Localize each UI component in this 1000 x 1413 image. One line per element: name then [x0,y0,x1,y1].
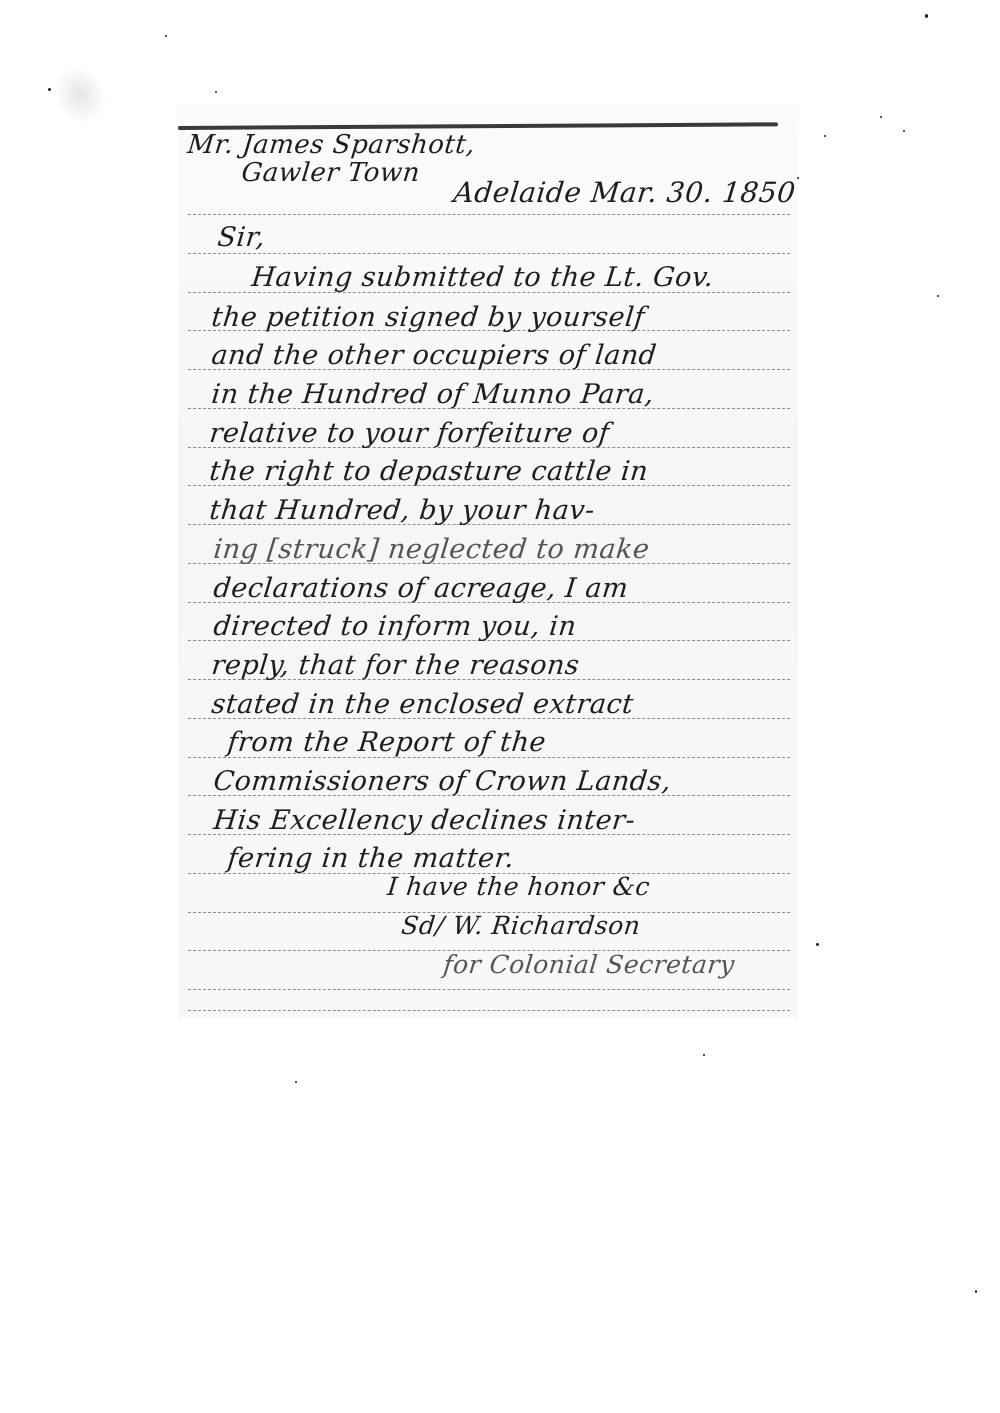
body-line: the petition signed by yourself [210,302,646,333]
scan-smudge [43,57,116,134]
signature-line: Sd/ W. Richardson [400,911,642,940]
body-line: from the Report of the [226,727,548,758]
scan-speck [48,88,51,91]
body-line: the right to depasture cattle in [208,456,650,487]
scan-speck [903,130,905,132]
scan-speck [925,14,928,18]
dateline: Adelaide Mar. 30. 1850 [452,176,797,209]
body-line: Having submitted to the Lt. Gov. [250,262,715,293]
scan-speck [880,116,882,118]
body-line: in the Hundred of Munno Para, [210,379,656,410]
body-line: ing [struck] neglected to make [212,534,651,565]
body-line: fering in the matter. [226,843,516,874]
body-line: declarations of acreage, I am [212,573,630,604]
signature-title: for Colonial Secretary [442,950,736,979]
closing-line: I have the honor &c [386,872,652,901]
body-line: stated in the enclosed extract [210,689,635,720]
body-line: directed to inform you, in [212,611,578,642]
scan-speck [937,295,939,297]
body-line: Commissioners of Crown Lands, [212,766,673,797]
scan-speck [975,1290,977,1293]
addressee-place: Gawler Town [240,158,422,188]
body-line: that Hundred, by your hav- [208,495,596,526]
scan-speck [824,135,826,137]
ruled-line [188,214,790,215]
scan-speck [816,943,819,946]
scan-speck [215,91,217,93]
ruled-line [188,1010,790,1011]
salutation: Sir, [216,222,267,253]
body-line: His Excellency declines inter- [212,805,637,836]
scan-speck [703,1054,705,1056]
ruled-line [188,989,790,990]
scan-speck [165,35,167,37]
body-line: reply, that for the reasons [210,650,581,681]
body-line: relative to your forfeiture of [208,418,611,449]
scanned-page: Mr. James Sparshott, Gawler Town Adelaid… [0,0,1000,1413]
ruled-line [188,253,790,254]
body-line: and the other occupiers of land [210,340,658,371]
addressee-name: Mr. James Sparshott, [186,130,477,160]
scan-speck [797,177,799,179]
scan-speck [295,1081,297,1083]
